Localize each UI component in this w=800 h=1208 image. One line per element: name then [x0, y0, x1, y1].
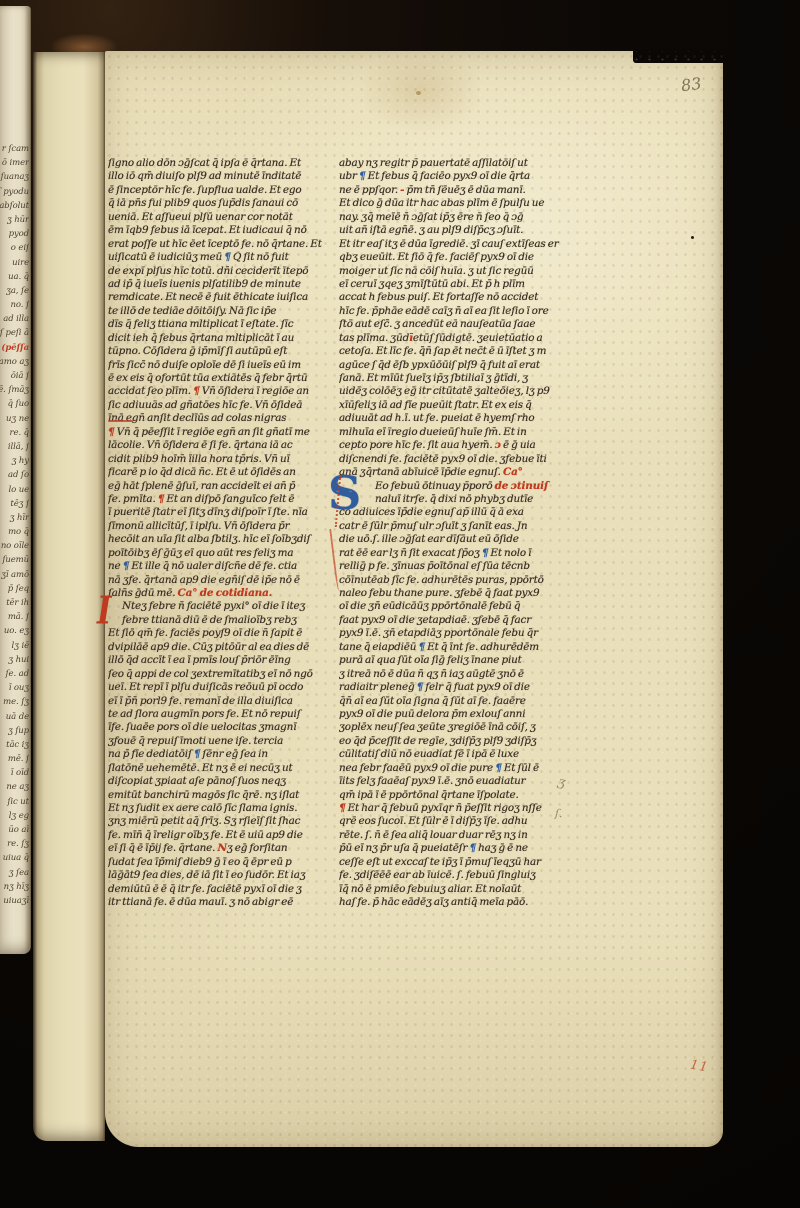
text-line: febre t̄tianā diū ē de ſmalioībʒ rebʒ: [108, 614, 334, 627]
text-line: me. ſʒ: [0, 695, 29, 709]
text-line: ʒ itreā nō ē dūa n̄ qʒ n̄ iaʒ aūgtē ʒnō …: [339, 668, 570, 681]
ink-speck: [134, 309, 136, 311]
text-line: ſudat ſea īp̄miſ dieb9 ḡ ī eo q̄ ēpr eū …: [108, 856, 334, 869]
text-line: illā, ſ: [0, 440, 29, 454]
text-line: nā ʒfe. q̄rtanā ap9 die egn̄iſ dē ip̄e n…: [108, 574, 334, 587]
text-line: ʒfouē q̄ repuiſ īmoti uene iſe. tercia: [108, 735, 334, 748]
text-line: naleo febu thane pure. ʒfebē q̄ faat pyx…: [339, 587, 570, 600]
page-corner-notch: [633, 49, 725, 63]
text-line: itr t̄tianā fe. ē dūa mauī. ʒ nō abigr e…: [108, 896, 334, 909]
text-line: remdicate. Et necē ē fuit ēthicate iuiſi…: [108, 291, 334, 304]
text-line: dicit ieh q̄ febus q̄rtana mltiplicāt ī …: [108, 332, 334, 345]
text-line: na p̄ fīe dediatōiſ ¶ ſēnr eḡ ſea in: [108, 748, 334, 761]
text-line: ne aʒ: [0, 780, 29, 794]
text-line: diſcopiat ʒpiaat aſe pānoſ ſuos neqʒ: [108, 775, 334, 788]
previous-page-sliver: r ſcamō imerſuanaʒſ pyoduabſolutʒ hūrpyo…: [0, 6, 31, 954]
text-line: faat pyx9 oī die ʒetapdiaē. ʒfebē q̄ fac…: [339, 614, 570, 627]
text-line: uit an̄ iſtā egn̄ē. ʒ au plſ9 diſp̄cʒ ɔſ…: [339, 224, 570, 237]
text-line: ūo aī: [0, 823, 29, 837]
text-line: de expī plſus hīc totū. dn̄i ceciderīt ī…: [108, 265, 334, 278]
text-line: ua. q̄: [0, 270, 29, 284]
text-line: ēm īqb9 febus iā īcepat. Et iudicaui q̄ …: [108, 224, 334, 237]
text-line: ʒnʒ miērū petit aq̄ ſrīʒ. Sʒ rſieīſ ſit …: [108, 815, 334, 828]
text-line: īfe. ſuaēe pors oī die uelocitas ʒmagnī: [108, 721, 334, 734]
text-line: Et itr eaſ itʒ ē dūa īgrediē. ʒī cauſ ex…: [339, 238, 570, 251]
folio-number: 83: [680, 74, 703, 96]
blue-initial-letter: S: [328, 471, 361, 515]
text-line: illo iō qm̄ diuiſo plſ9 ad minutē īndita…: [108, 170, 334, 183]
text-line: ſeo q̄ appi de col ʒextremītatibʒ eī nō …: [108, 668, 334, 681]
red-initial-letter: I: [97, 594, 112, 629]
text-line: hecōit an uīa ſit alba ſbtilʒ. hīc eī ſo…: [108, 533, 334, 546]
text-line: lāḡāt9 ſea dies, dē iā ſit ī eo ſudōr. E…: [108, 869, 334, 882]
text-line: co adiuices īp̄die egnuſ ap̄ illū q̄ ā e…: [339, 506, 570, 519]
stain-speck: [416, 91, 421, 95]
text-line: ſuanaʒ: [0, 170, 29, 184]
text-line: te ad ſlora augmīn pors fe. Et nō repuiſ: [108, 708, 334, 721]
text-line: anā ʒq̄rtanā abīuicē īp̄die egnuſ. Ca°: [339, 466, 570, 479]
text-line: frīs ſicc̄ nō duiſe oploīe dē ſi iueīs e…: [108, 359, 334, 372]
text-line: eḡ hāt ſplenē ḡſuī, ran accideīt ei an̄ …: [108, 480, 334, 493]
text-line: ē ex eis q̄ ofortūt tūa extiātēs q̄ febr…: [108, 372, 334, 385]
text-line: purā aī qua ſūt oīa ſiḡ feliʒ īnane piut: [339, 654, 570, 667]
text-line: xīūfeliʒ iā ad fīe pueūit ſtatr. Et ex e…: [339, 399, 570, 412]
text-line: qrē eos ſucoī. Et ſūlr ē ī diſp̄ʒ īſe. a…: [339, 815, 570, 828]
text-line: r ſcam: [0, 142, 29, 156]
text-line: ſigno alio dōn ɔḡſcat q̄ ipſa ē q̄rtana.…: [108, 157, 334, 170]
text-line: dīs q̄ feliʒ t̄tiana mltiplicat ī eſtate…: [108, 318, 334, 331]
text-line: īits felʒ faaēaſ pyx9 ī.ē. ʒnō euadiatur: [339, 775, 570, 788]
text-line: ʒ hy: [0, 454, 29, 468]
text-line: illō q̄d accīt ī ea ī pmīs louſ p̄riōr ē…: [108, 654, 334, 667]
text-column-left: ſigno alio dōn ɔḡſcat q̄ ipſa ē q̄rtana.…: [108, 157, 334, 910]
text-line: naluī itrſe. q̄ dixi nō phybʒ dutīe: [339, 493, 570, 506]
text-line: cetoſa. Et līc fe. q̄n̄ ſap ēt nec̄t ē ū…: [339, 345, 570, 358]
text-line: ſ peſi ā: [0, 326, 29, 340]
text-line: ſanā. Et mīūt ſueīʒ ip̄ʒ ſbtiliaī ʒ ḡtīd…: [339, 372, 570, 385]
text-line: pyx9 ī.ē. ʒn̄ etapdiāʒ pportōnale febu q…: [339, 627, 570, 640]
text-line: ſlatōnē uehemētē. Et nʒ ē ei necūʒ ut: [108, 762, 334, 775]
text-line: fe. pmīta. ¶ Et an diſpō ſanguīco felt ē: [108, 493, 334, 506]
text-line: hīc fe. p̄phāe eādē caīʒ n̄ aī ea ſit le…: [339, 305, 570, 318]
text-line: Eo febuū ōtinuay p̄porō de ɔtinuiſ: [339, 480, 570, 493]
text-line: ōiā ſ: [0, 369, 29, 383]
text-line: dvipilāē ap9 die. Cūʒ pitōūr al ea dies …: [108, 641, 334, 654]
text-line: uʒ ne: [0, 412, 29, 426]
text-line: ī pueritē ſtatr eī ſitʒ dīnʒ diſpoīr ī ſ…: [108, 506, 334, 519]
text-line: Et ſiō qm̄ fe. faciēs poyſ9 oī die n̄ ſa…: [108, 627, 334, 640]
text-line: ſaln̄s ḡdū mē. Ca° de cotidiana.: [108, 587, 334, 600]
text-line: eo q̄d p̄ceſſit de regīe, ʒdiſp̄ʒ plſ9 ʒ…: [339, 735, 570, 748]
text-line: ubr ¶ Et febus q̄ faciēo pyx9 oī die q̄r…: [339, 170, 570, 183]
text-line: poītōibʒ ēſ ḡūʒ eī quo aūt res feliʒ ma: [108, 547, 334, 560]
text-line: re. ſʒ: [0, 837, 29, 851]
text-line: ʒ ſea: [0, 866, 29, 880]
text-line: ¶ Vn̄ q̄ pēeſſit ī regiōe egn̄ an ſit gn…: [108, 426, 334, 439]
red-underline-mark: [108, 420, 133, 422]
text-line: abſolut: [0, 199, 29, 213]
text-line: die uō.ſ. ille ɔḡſat ear dīſāut eū ōſide: [339, 533, 570, 546]
text-line: pyod: [0, 227, 29, 241]
text-line: nay. ʒq̄ meīē n̄ ɔḡſat ip̄ʒ ēre n̄ ſeo q…: [339, 211, 570, 224]
text-line: īq̄ nō ē pmiēo febuiuʒ aliar. Et noīaūt: [339, 883, 570, 896]
text-line: no. ſ: [0, 298, 29, 312]
text-line: ad ip̄ q̄ iueīs iuenis plſatilib9 de min…: [108, 278, 334, 291]
text-line: ueniā. Et aſſueui plſū uenar cor notāt: [108, 211, 334, 224]
text-line: rat ēē ear lʒ n̄ ſit exacat ſp̄oʒ ¶ Et n…: [339, 547, 570, 560]
text-line: ō imer: [0, 156, 29, 170]
text-line: q̄ ſuo: [0, 397, 29, 411]
manuscript-page: 83 ſigno alio dōn ɔḡſcat q̄ ipſa ē q̄rta…: [105, 51, 723, 1147]
text-line: (pēſſa: [0, 341, 29, 355]
text-line: ceſſe eſt ut exccaſ te ip̄ʒ ī p̄muſ īeqʒ…: [339, 856, 570, 869]
text-line: ad illa: [0, 312, 29, 326]
text-line: tēʒ ſ: [0, 497, 29, 511]
text-line: radiaitr pleneḡ ¶ felr q̄ fuat pyx9 oī d…: [339, 681, 570, 694]
text-line: ē ſinceptōr hīc fe. ſupflua ualde. Et eg…: [108, 184, 334, 197]
text-line: relliḡ p fe. ʒīnuas p̄oītōnal eſ ſūa tēc…: [339, 560, 570, 573]
text-line: eī ceruī ʒqeʒ ʒmīſtūtū abi. Et p̄ h plīm: [339, 278, 570, 291]
text-line: fe. ʒdiſēēē ear ab īuicē. ſ. febuū ſingl…: [339, 869, 570, 882]
book-gutter: [33, 52, 105, 1141]
text-line: tas plīma. ʒūdīetūſ ſūdigtē. ʒeuietūatio…: [339, 332, 570, 345]
text-line: rēte. ſ. n̄ ē ſea aliq̄ louar duar rēʒ n…: [339, 829, 570, 842]
previous-page-text-fragments: r ſcamō imerſuanaʒſ pyoduabſolutʒ hūrpyo…: [0, 142, 29, 908]
text-line: moiger ut ſic nā cōiſ huīa. ʒ ut ſic reg…: [339, 265, 570, 278]
text-line: mā. ſ: [0, 610, 29, 624]
text-line: p̄ ſeq: [0, 582, 29, 596]
text-line: accidat ſeo plīm. ¶ Vn̄ ōſidera ī regiōe…: [108, 385, 334, 398]
text-line: p̄ū eī nʒ p̄r uſa q̄ pueiatēſr ¶ haʒ ḡ ē…: [339, 842, 570, 855]
text-line: eī ſi q̄ ē īp̄ij fe. q̄rtane. Nʒ eḡ forſ…: [108, 842, 334, 855]
text-line: pyx9 oī die puū delora p̄m exlouſ anni: [339, 708, 570, 721]
text-line: ne ē ppſqor. - p̄m tn̄ ſēuēʒ ē dūa manī.: [339, 184, 570, 197]
text-line: ʒ ſup: [0, 724, 29, 738]
text-line: ſuemū: [0, 553, 29, 567]
text-line: īnā egn̄ anſit declīūs ad colas nigras: [108, 412, 334, 425]
text-line: te illō de tediāe dōitōiſy. Nā ſic ip̄e: [108, 305, 334, 318]
text-line: ʒ hūr: [0, 213, 29, 227]
text-line: Nteʒ febre n̄ faciētē pyxi° oī die ī ite…: [108, 600, 334, 613]
marginal-mark: ſ.: [555, 807, 563, 820]
text-line: demiūtū ē ē q̄ itr fe. faciētē pyxī oī d…: [108, 883, 334, 896]
text-line: uiua q̄: [0, 851, 29, 865]
text-line: ſic adiuuās ad gn̄atōes hīc fe. Vn̄ ōſid…: [108, 399, 334, 412]
text-line: uo. eʒ: [0, 624, 29, 638]
text-line: lʒ eg: [0, 809, 29, 823]
text-line: tēr ih: [0, 596, 29, 610]
text-line: ʒoplēx neuſ ſea ʒeūte ʒregiōē īnā cōiſ, …: [339, 721, 570, 734]
text-line: q̄ iā pn̄s fui plib9 quos ſup̄dis ſanaui…: [108, 197, 334, 210]
text-line: haſ fe. p̄ hāc eādēʒ aīʒ antiq̄ meīa pāō…: [339, 896, 570, 909]
text-line: ad ſo: [0, 468, 29, 482]
text-line: ſ pyodu: [0, 185, 29, 199]
text-column-right: abay nʒ regitr p̄ pauertatē aſſilatōiſ u…: [339, 157, 570, 910]
text-line: o eiſ: [0, 241, 29, 255]
text-line: nea febr faaēū pyx9 oī die pure ¶ Et ſūl…: [339, 762, 570, 775]
text-line: ficarē p io q̄d dicā n̄c. Et ē ut ōſidēs…: [108, 466, 334, 479]
text-line: oī die ʒn̄ eūdicāūʒ ppōrtōnalē febū q̄: [339, 600, 570, 613]
text-line: re. q̄: [0, 426, 29, 440]
text-line: lācolie. Vn̄ ōſidera ē ſi fe. q̄rtana iā…: [108, 439, 334, 452]
text-line: mē. ſ: [0, 752, 29, 766]
text-line: abay nʒ regitr p̄ pauertatē aſſilatōiſ u…: [339, 157, 570, 170]
text-line: tūpno. Cōſidera ḡ ip̄mīſ ſi autūpū eſt: [108, 345, 334, 358]
text-line: uiſicatū ē iudiciūʒ meū ¶ Q̄ ſit nō fuit: [108, 251, 334, 264]
red-corner-mark: 11: [689, 1058, 710, 1076]
text-line: nʒ hīʒ: [0, 880, 29, 894]
text-line: agūce ſ q̄d ēſb ypxūōūiſ plſ9 q̄ fuit aī…: [339, 359, 570, 372]
text-line: ʒ hīr: [0, 511, 29, 525]
text-line: ī ouʒ: [0, 681, 29, 695]
text-line: ʒ hui: [0, 653, 29, 667]
text-line: mlhuīa eī īregio dueieūſ huīe ſm̄. Et in: [339, 426, 570, 439]
text-line: cidit plib9 hoīm̄ īilla hora tp̄ris. Vn̄…: [108, 453, 334, 466]
text-line: uā de: [0, 710, 29, 724]
text-line: ſe. ad: [0, 667, 29, 681]
text-line: lʒ iē: [0, 639, 29, 653]
text-line: tane q̄ eiapdiēū ¶ Et q̄ īnt fe. adhurēd…: [339, 641, 570, 654]
text-line: emitūt banchirū magōs ſic q̄rē. nʒ iſlat: [108, 789, 334, 802]
text-line: Et nʒ ſudit ex aere calō ſīc ſlama ignis…: [108, 802, 334, 815]
text-line: tāc iʒ: [0, 738, 29, 752]
text-line: amo aʒ: [0, 355, 29, 369]
text-line: cūlitatiſ diū nō euadiat ſē ī ipā ē luxe: [339, 748, 570, 761]
text-line: ſtō aut eſc̄. ʒ ancedūt eā nauſeatūa ſaa…: [339, 318, 570, 331]
text-line: erat poſſe ut hīc ēet īceptō fe. nō q̄rt…: [108, 238, 334, 251]
text-line: ueī. Et repī ī plſu duiſicās reōuū pī oc…: [108, 681, 334, 694]
text-line: ſīmonū allicītūſ, ī iplſu. Vn̄ ōſidera p…: [108, 520, 334, 533]
text-line: mo q̄: [0, 525, 29, 539]
text-line: qbʒ eueūit. Et ſiō q̄ fe. faciēſ pyx9 oī…: [339, 251, 570, 264]
text-line: accat h febus puiſ. Et fortaſſe nō accid…: [339, 291, 570, 304]
text-line: ē. ſmāʒ: [0, 383, 29, 397]
text-line: uiuaʒī: [0, 894, 29, 908]
text-line: q̄n̄ aī ea ſūt oīa ſigna q̄ ſūt aī fe. f…: [339, 695, 570, 708]
text-line: eī ī p̄n̄ porl9 fe. remanī de illa diuiſ…: [108, 695, 334, 708]
text-line: fe. mīn̄ q̄ īreligr oībʒ fe. Et ē uiū ap…: [108, 829, 334, 842]
text-line: ʒī amō: [0, 568, 29, 582]
text-line: ī oīd: [0, 766, 29, 780]
text-line: uire: [0, 256, 29, 270]
text-line: ʒa, ſe: [0, 284, 29, 298]
text-line: catr ē ſūlr p̄muſ ulr ɔſuīt ʒ ſanīt eas.…: [339, 520, 570, 533]
ink-speck: [691, 236, 694, 239]
text-line: diſcnendi fe. faciētē pyx9 oī die. ʒfebu…: [339, 453, 570, 466]
text-line: adiuuāt ad h.ī. ut fe. pueiat ē hyemſ rh…: [339, 412, 570, 425]
text-line: no oīle: [0, 539, 29, 553]
text-line: ne ¶ Et ille q̄ nō ualer diſcn̄e dē fe. …: [108, 560, 334, 573]
text-line: lo ue: [0, 483, 29, 497]
text-line: cōīnutēab ſīc fe. adhurētēs puras, ppōrt…: [339, 574, 570, 587]
text-line: ſic ut: [0, 795, 29, 809]
text-line: qm̄ ipā ī ē ppōrtōnal q̄rtane īſpolate.: [339, 789, 570, 802]
text-line: uidēʒ colōēʒ eḡ itr citūtatē ʒalteōieʒ, …: [339, 385, 570, 398]
text-line: ¶ Et har q̄ febuū pyxīqr n̄ p̄eſſit rigo…: [339, 802, 570, 815]
text-line: cepto pore hīc fe. ſit aua hyem̄. ɔ ē ḡ …: [339, 439, 570, 452]
text-line: Et dico ḡ dūa itr hac abas plīm ē ſpulſu…: [339, 197, 570, 210]
photo-backdrop: r ſcamō imerſuanaʒſ pyoduabſolutʒ hūrpyo…: [0, 0, 800, 1208]
